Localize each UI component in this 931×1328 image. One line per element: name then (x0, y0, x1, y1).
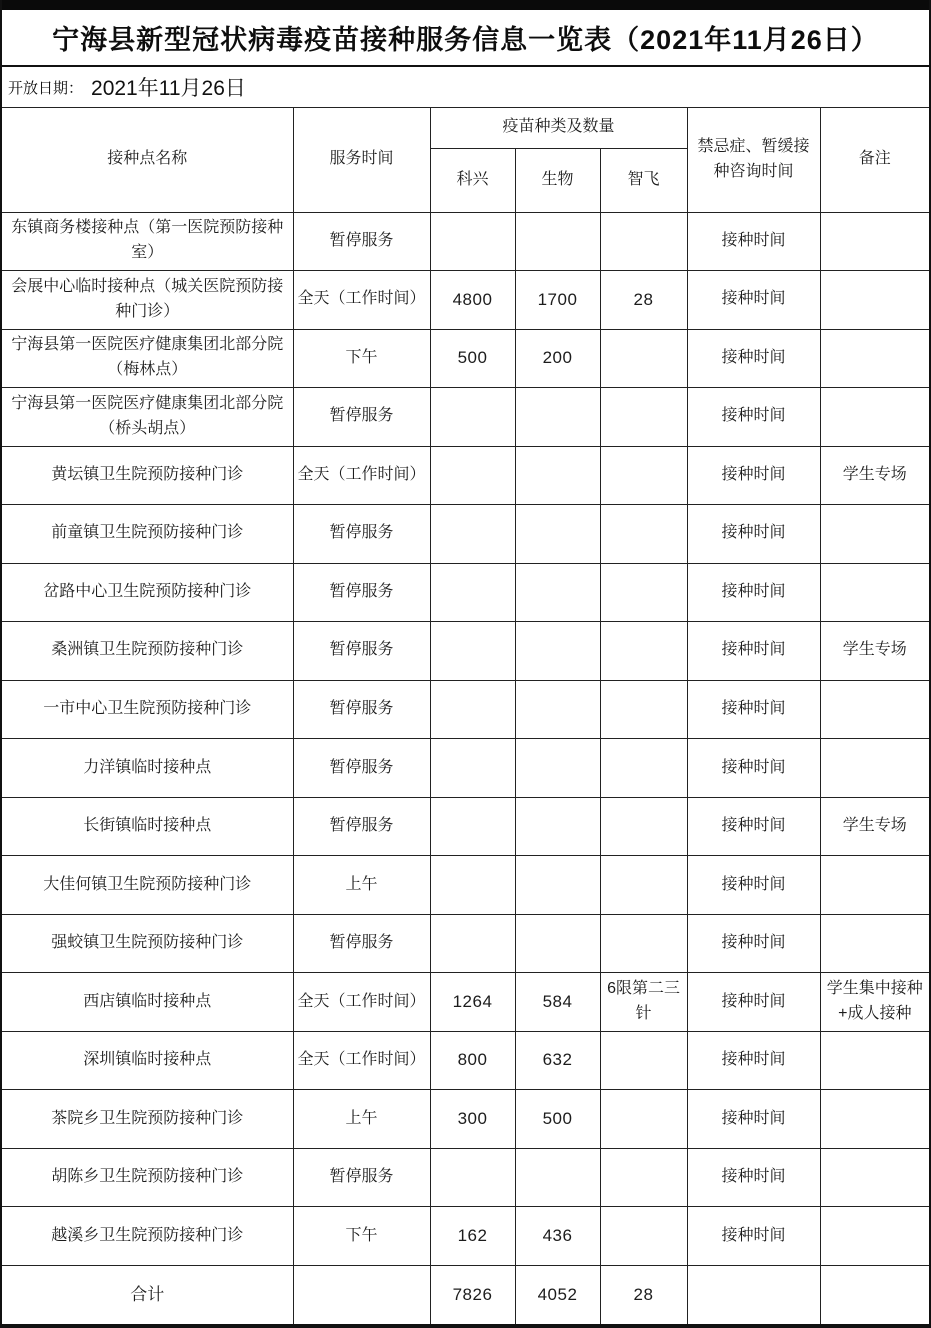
page: 宁海县新型冠状病毒疫苗接种服务信息一览表（2021年11月26日） 开放日期： … (0, 0, 931, 1328)
zhifei-count-cell (600, 563, 687, 622)
open-date-value: 2021年11月26日 (91, 72, 246, 102)
remark-cell (820, 914, 929, 973)
zhifei-count-cell: 28 (600, 271, 687, 330)
shengwu-count-cell (515, 563, 600, 622)
shengwu-count-cell: 4052 (515, 1265, 600, 1324)
site-cell: 大佳何镇卫生院预防接种门诊 (2, 856, 293, 915)
remark-cell (820, 388, 929, 447)
consult-time-cell: 接种时间 (687, 739, 820, 798)
shengwu-count-cell (515, 446, 600, 505)
remark-cell (820, 563, 929, 622)
service-time-cell: 暂停服务 (293, 797, 430, 856)
kexing-count-cell (430, 797, 515, 856)
kexing-count-cell (430, 446, 515, 505)
kexing-count-cell: 500 (430, 329, 515, 388)
service-time-cell: 暂停服务 (293, 563, 430, 622)
kexing-count-cell (430, 680, 515, 739)
title-row: 宁海县新型冠状病毒疫苗接种服务信息一览表（2021年11月26日） (2, 10, 929, 67)
zhifei-count-cell: 6限第二三针 (600, 973, 687, 1032)
table-row: 黄坛镇卫生院预防接种门诊全天（工作时间）接种时间学生专场 (2, 446, 929, 505)
consult-time-cell: 接种时间 (687, 1148, 820, 1207)
site-cell: 茶院乡卫生院预防接种门诊 (2, 1090, 293, 1149)
site-cell: 合计 (2, 1265, 293, 1324)
table-row: 东镇商务楼接种点（第一医院预防接种室）暂停服务接种时间 (2, 212, 929, 271)
zhifei-count-cell (600, 329, 687, 388)
table-row: 一市中心卫生院预防接种门诊暂停服务接种时间 (2, 680, 929, 739)
zhifei-count-cell (600, 680, 687, 739)
zhifei-count-cell (600, 212, 687, 271)
kexing-count-cell (430, 212, 515, 271)
zhifei-count-cell (600, 1207, 687, 1266)
header-site: 接种点名称 (2, 108, 293, 212)
consult-time-cell: 接种时间 (687, 388, 820, 447)
table-row: 长街镇临时接种点暂停服务接种时间学生专场 (2, 797, 929, 856)
shengwu-count-cell: 500 (515, 1090, 600, 1149)
header-shengwu: 生物 (515, 148, 600, 212)
consult-time-cell: 接种时间 (687, 446, 820, 505)
open-date-row: 开放日期： 2021年11月26日 (2, 67, 929, 108)
service-time-cell: 上午 (293, 1090, 430, 1149)
service-time-cell: 暂停服务 (293, 212, 430, 271)
total-row: 合计7826405228 (2, 1265, 929, 1324)
kexing-count-cell (430, 856, 515, 915)
consult-time-cell: 接种时间 (687, 1031, 820, 1090)
kexing-count-cell (430, 622, 515, 681)
service-time-cell (293, 1265, 430, 1324)
service-time-cell: 下午 (293, 1207, 430, 1266)
consult-time-cell: 接种时间 (687, 1207, 820, 1266)
site-cell: 岔路中心卫生院预防接种门诊 (2, 563, 293, 622)
remark-cell (820, 1207, 929, 1266)
site-cell: 深圳镇临时接种点 (2, 1031, 293, 1090)
consult-time-cell: 接种时间 (687, 973, 820, 1032)
service-time-cell: 暂停服务 (293, 1148, 430, 1207)
consult-time-cell: 接种时间 (687, 797, 820, 856)
shengwu-count-cell: 1700 (515, 271, 600, 330)
shengwu-count-cell (515, 914, 600, 973)
site-cell: 长街镇临时接种点 (2, 797, 293, 856)
remark-cell: 学生集中接种+成人接种 (820, 973, 929, 1032)
shengwu-count-cell (515, 739, 600, 798)
site-cell: 西店镇临时接种点 (2, 973, 293, 1032)
service-time-cell: 全天（工作时间） (293, 973, 430, 1032)
remark-cell (820, 1031, 929, 1090)
shengwu-count-cell (515, 1148, 600, 1207)
site-cell: 强蛟镇卫生院预防接种门诊 (2, 914, 293, 973)
shengwu-count-cell (515, 388, 600, 447)
shengwu-count-cell: 200 (515, 329, 600, 388)
service-time-cell: 暂停服务 (293, 914, 430, 973)
header-zhifei: 智飞 (600, 148, 687, 212)
table-row: 桑洲镇卫生院预防接种门诊暂停服务接种时间学生专场 (2, 622, 929, 681)
shengwu-count-cell: 436 (515, 1207, 600, 1266)
table-header: 接种点名称 服务时间 疫苗种类及数量 禁忌症、暂缓接种咨询时间 备注 科兴 生物… (2, 108, 929, 212)
site-cell: 力洋镇临时接种点 (2, 739, 293, 798)
site-cell: 宁海县第一医院医疗健康集团北部分院（梅林点） (2, 329, 293, 388)
table-body: 东镇商务楼接种点（第一医院预防接种室）暂停服务接种时间会展中心临时接种点（城关医… (2, 212, 929, 1324)
service-time-cell: 暂停服务 (293, 388, 430, 447)
table-row: 西店镇临时接种点全天（工作时间）12645846限第二三针接种时间学生集中接种+… (2, 973, 929, 1032)
zhifei-count-cell (600, 914, 687, 973)
zhifei-count-cell: 28 (600, 1265, 687, 1324)
remark-cell: 学生专场 (820, 622, 929, 681)
service-time-cell: 全天（工作时间） (293, 271, 430, 330)
page-title: 宁海县新型冠状病毒疫苗接种服务信息一览表（2021年11月26日） (52, 18, 879, 57)
consult-time-cell: 接种时间 (687, 271, 820, 330)
header-service-time: 服务时间 (293, 108, 430, 212)
zhifei-count-cell (600, 388, 687, 447)
remark-cell (820, 329, 929, 388)
remark-cell (820, 739, 929, 798)
table-row: 岔路中心卫生院预防接种门诊暂停服务接种时间 (2, 563, 929, 622)
kexing-count-cell (430, 1148, 515, 1207)
site-cell: 东镇商务楼接种点（第一医院预防接种室） (2, 212, 293, 271)
consult-time-cell: 接种时间 (687, 914, 820, 973)
zhifei-count-cell (600, 856, 687, 915)
table-row: 大佳何镇卫生院预防接种门诊上午接种时间 (2, 856, 929, 915)
kexing-count-cell: 300 (430, 1090, 515, 1149)
site-cell: 宁海县第一医院医疗健康集团北部分院（桥头胡点） (2, 388, 293, 447)
table-row: 越溪乡卫生院预防接种门诊下午162436接种时间 (2, 1207, 929, 1266)
site-cell: 黄坛镇卫生院预防接种门诊 (2, 446, 293, 505)
shengwu-count-cell (515, 505, 600, 564)
consult-time-cell: 接种时间 (687, 622, 820, 681)
consult-time-cell: 接种时间 (687, 680, 820, 739)
header-kexing: 科兴 (430, 148, 515, 212)
kexing-count-cell (430, 914, 515, 973)
table-row: 宁海县第一医院医疗健康集团北部分院（梅林点）下午500200接种时间 (2, 329, 929, 388)
header-consult-time: 禁忌症、暂缓接种咨询时间 (687, 108, 820, 212)
remark-cell (820, 1148, 929, 1207)
service-time-cell: 下午 (293, 329, 430, 388)
zhifei-count-cell (600, 739, 687, 798)
service-time-cell: 暂停服务 (293, 739, 430, 798)
table-row: 前童镇卫生院预防接种门诊暂停服务接种时间 (2, 505, 929, 564)
remark-cell (820, 1090, 929, 1149)
site-cell: 胡陈乡卫生院预防接种门诊 (2, 1148, 293, 1207)
remark-cell (820, 212, 929, 271)
consult-time-cell: 接种时间 (687, 212, 820, 271)
table-row: 宁海县第一医院医疗健康集团北部分院（桥头胡点）暂停服务接种时间 (2, 388, 929, 447)
kexing-count-cell: 7826 (430, 1265, 515, 1324)
site-cell: 一市中心卫生院预防接种门诊 (2, 680, 293, 739)
site-cell: 前童镇卫生院预防接种门诊 (2, 505, 293, 564)
zhifei-count-cell (600, 622, 687, 681)
site-cell: 越溪乡卫生院预防接种门诊 (2, 1207, 293, 1266)
shengwu-count-cell: 632 (515, 1031, 600, 1090)
consult-time-cell (687, 1265, 820, 1324)
header-row-group: 接种点名称 服务时间 疫苗种类及数量 禁忌症、暂缓接种咨询时间 备注 (2, 108, 929, 148)
zhifei-count-cell (600, 1148, 687, 1207)
header-vaccine-group: 疫苗种类及数量 (430, 108, 687, 148)
consult-time-cell: 接种时间 (687, 505, 820, 564)
kexing-count-cell (430, 563, 515, 622)
consult-time-cell: 接种时间 (687, 856, 820, 915)
site-cell: 桑洲镇卫生院预防接种门诊 (2, 622, 293, 681)
consult-time-cell: 接种时间 (687, 1090, 820, 1149)
service-time-cell: 全天（工作时间） (293, 446, 430, 505)
kexing-count-cell: 1264 (430, 973, 515, 1032)
table-row: 会展中心临时接种点（城关医院预防接种门诊）全天（工作时间）4800170028接… (2, 271, 929, 330)
kexing-count-cell (430, 388, 515, 447)
vaccine-schedule-table: 接种点名称 服务时间 疫苗种类及数量 禁忌症、暂缓接种咨询时间 备注 科兴 生物… (2, 108, 929, 1324)
top-black-bar (2, 0, 929, 10)
site-cell: 会展中心临时接种点（城关医院预防接种门诊） (2, 271, 293, 330)
remark-cell (820, 505, 929, 564)
kexing-count-cell (430, 739, 515, 798)
service-time-cell: 暂停服务 (293, 680, 430, 739)
zhifei-count-cell (600, 505, 687, 564)
table-row: 力洋镇临时接种点暂停服务接种时间 (2, 739, 929, 798)
remark-cell (820, 856, 929, 915)
shengwu-count-cell (515, 622, 600, 681)
remark-cell (820, 1265, 929, 1324)
consult-time-cell: 接种时间 (687, 563, 820, 622)
remark-cell: 学生专场 (820, 446, 929, 505)
kexing-count-cell (430, 505, 515, 564)
service-time-cell: 暂停服务 (293, 622, 430, 681)
remark-cell (820, 680, 929, 739)
consult-time-cell: 接种时间 (687, 329, 820, 388)
shengwu-count-cell (515, 212, 600, 271)
service-time-cell: 上午 (293, 856, 430, 915)
table-row: 茶院乡卫生院预防接种门诊上午300500接种时间 (2, 1090, 929, 1149)
shengwu-count-cell (515, 856, 600, 915)
shengwu-count-cell: 584 (515, 973, 600, 1032)
kexing-count-cell: 800 (430, 1031, 515, 1090)
remark-cell (820, 271, 929, 330)
kexing-count-cell: 4800 (430, 271, 515, 330)
zhifei-count-cell (600, 797, 687, 856)
remark-cell: 学生专场 (820, 797, 929, 856)
zhifei-count-cell (600, 1090, 687, 1149)
shengwu-count-cell (515, 797, 600, 856)
kexing-count-cell: 162 (430, 1207, 515, 1266)
open-date-label: 开放日期： (8, 77, 83, 98)
service-time-cell: 全天（工作时间） (293, 1031, 430, 1090)
header-remark: 备注 (820, 108, 929, 212)
shengwu-count-cell (515, 680, 600, 739)
zhifei-count-cell (600, 446, 687, 505)
table-row: 胡陈乡卫生院预防接种门诊暂停服务接种时间 (2, 1148, 929, 1207)
service-time-cell: 暂停服务 (293, 505, 430, 564)
table-row: 深圳镇临时接种点全天（工作时间）800632接种时间 (2, 1031, 929, 1090)
zhifei-count-cell (600, 1031, 687, 1090)
table-row: 强蛟镇卫生院预防接种门诊暂停服务接种时间 (2, 914, 929, 973)
